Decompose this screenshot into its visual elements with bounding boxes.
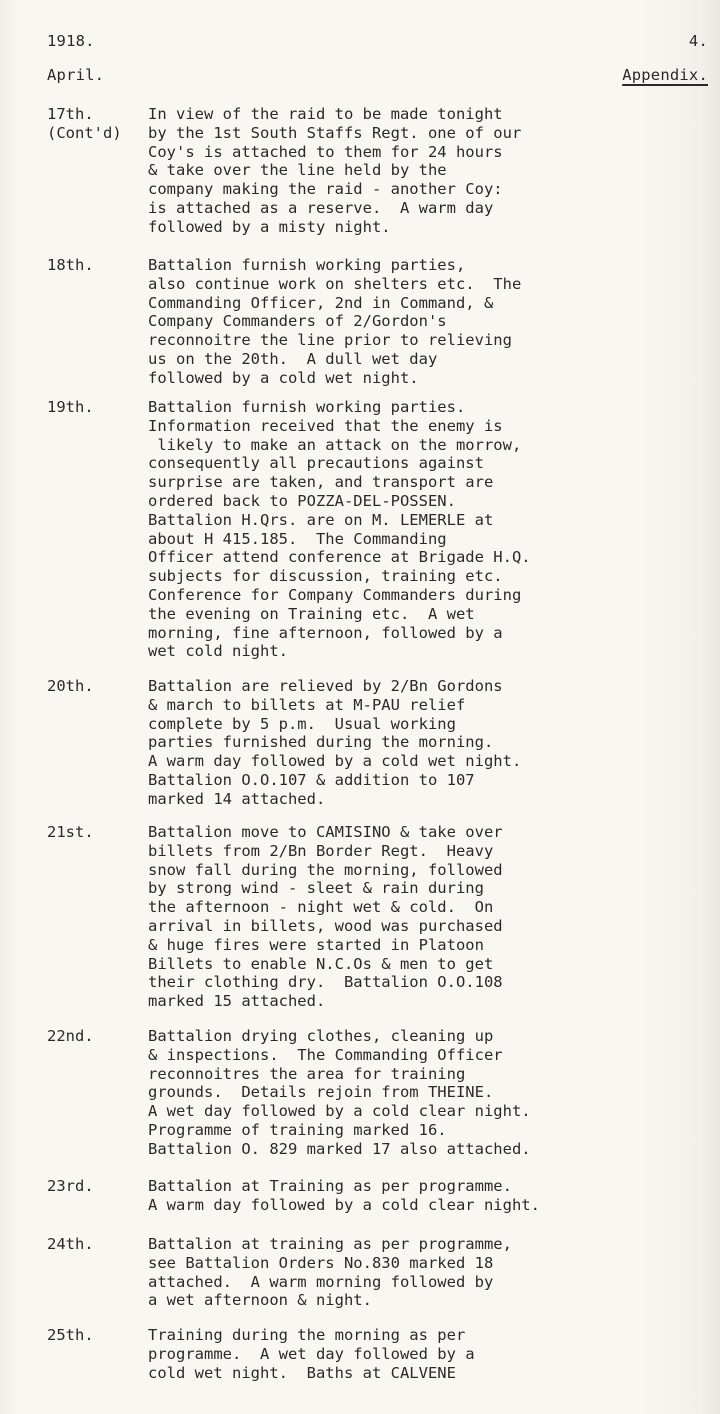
text-line: & march to billets at M-PAU relief — [148, 696, 521, 715]
text-line: Information received that the enemy is — [148, 417, 531, 436]
entry-text: Battalion move to CAMISINO & take over b… — [148, 823, 503, 1011]
text-line: Battalion at training as per programme, — [148, 1235, 512, 1254]
entry-date: 19th. — [47, 398, 94, 417]
text-line: Battalion are relieved by 2/Bn Gordons — [148, 677, 521, 696]
appendix-label: Appendix. — [622, 66, 708, 84]
text-line: In view of the raid to be made tonight — [148, 105, 521, 124]
text-line: the afternoon - night wet & cold. On — [148, 898, 503, 917]
text-line: Coy's is attached to them for 24 hours — [148, 143, 521, 162]
entry-date: 20th. — [47, 677, 94, 696]
text-line: A warm day followed by a cold clear nigh… — [148, 1196, 540, 1215]
text-line: reconnoitres the area for training — [148, 1065, 531, 1084]
text-line: A wet day followed by a cold clear night… — [148, 1102, 531, 1121]
text-line: morning, fine afternoon, followed by a — [148, 624, 531, 643]
text-line: likely to make an attack on the morrow, — [148, 436, 531, 455]
text-line: ordered back to POZZA-DEL-POSSEN. — [148, 492, 531, 511]
text-line: Billets to enable N.C.Os & men to get — [148, 955, 503, 974]
entry-text: Battalion drying clothes, cleaning up & … — [148, 1027, 531, 1159]
text-line: consequently all precautions against — [148, 454, 531, 473]
text-line: Battalion furnish working parties. — [148, 398, 531, 417]
text-line: by strong wind - sleet & rain during — [148, 879, 503, 898]
text-line: Company Commanders of 2/Gordon's — [148, 312, 521, 331]
text-line: their clothing dry. Battalion O.O.108 — [148, 973, 503, 992]
text-line: grounds. Details rejoin from THEINE. — [148, 1083, 531, 1102]
text-line: Battalion furnish working parties, — [148, 256, 521, 275]
text-line: programme. A wet day followed by a — [148, 1345, 475, 1364]
text-line: Battalion O.O.107 & addition to 107 — [148, 771, 521, 790]
text-line: Training during the morning as per — [148, 1326, 475, 1345]
page-number: 4. — [689, 32, 708, 50]
diary-page: 1918. 4. April. Appendix. 17th. (Cont'd)… — [0, 0, 720, 1414]
text-line: Programme of training marked 16. — [148, 1121, 531, 1140]
entry-text: Battalion furnish working parties. Infor… — [148, 398, 531, 661]
text-line: marked 15 attached. — [148, 992, 503, 1011]
entry-text: Battalion at Training as per programme. … — [148, 1177, 540, 1215]
entry-text: Battalion are relieved by 2/Bn Gordons &… — [148, 677, 521, 809]
text-line: & take over the line held by the — [148, 161, 521, 180]
text-line: Battalion at Training as per programme. — [148, 1177, 540, 1196]
text-line: a wet afternoon & night. — [148, 1291, 512, 1310]
text-line: us on the 20th. A dull wet day — [148, 350, 521, 369]
text-line: followed by a cold wet night. — [148, 369, 521, 388]
text-line: the evening on Training etc. A wet — [148, 605, 531, 624]
entry-date: 22nd. — [47, 1027, 94, 1046]
text-line: marked 14 attached. — [148, 790, 521, 809]
header-year-row: 1918. 4. — [47, 32, 708, 50]
text-line: also continue work on shelters etc. The — [148, 275, 521, 294]
text-line: & huge fires were started in Platoon — [148, 936, 503, 955]
entry-date: 24th. — [47, 1235, 94, 1254]
text-line: is attached as a reserve. A warm day — [148, 199, 521, 218]
text-line: & inspections. The Commanding Officer — [148, 1046, 531, 1065]
text-line: snow fall during the morning, followed — [148, 861, 503, 880]
entry-text: Battalion at training as per programme, … — [148, 1235, 512, 1310]
text-line: parties furnished during the morning. — [148, 733, 521, 752]
text-line: see Battalion Orders No.830 marked 18 — [148, 1254, 512, 1273]
text-line: Battalion O. 829 marked 17 also attached… — [148, 1140, 531, 1159]
text-line: company making the raid - another Coy: — [148, 180, 521, 199]
text-line: wet cold night. — [148, 642, 531, 661]
month: April. — [47, 66, 104, 84]
entry-text: In view of the raid to be made tonight b… — [148, 105, 521, 237]
text-line: cold wet night. Baths at CALVENE — [148, 1364, 475, 1383]
text-line: Battalion H.Qrs. are on M. LEMERLE at — [148, 511, 531, 530]
entry-date: 23rd. — [47, 1177, 94, 1196]
text-line: about H 415.185. The Commanding — [148, 530, 531, 549]
entry-date: 18th. — [47, 256, 94, 275]
text-line: subjects for discussion, training etc. — [148, 567, 531, 586]
text-line: Conference for Company Commanders during — [148, 586, 531, 605]
entry-text: Training during the morning as per progr… — [148, 1326, 475, 1382]
year: 1918. — [47, 32, 95, 50]
text-line: reconnoitre the line prior to relieving — [148, 331, 521, 350]
text-line: billets from 2/Bn Border Regt. Heavy — [148, 842, 503, 861]
text-line: Commanding Officer, 2nd in Command, & — [148, 294, 521, 313]
text-line: by the 1st South Staffs Regt. one of our — [148, 124, 521, 143]
entry-date: 17th. (Cont'd) — [47, 105, 122, 143]
text-line: Battalion drying clothes, cleaning up — [148, 1027, 531, 1046]
text-line: Officer attend conference at Brigade H.Q… — [148, 548, 531, 567]
text-line: A warm day followed by a cold wet night. — [148, 752, 521, 771]
header-month-row: April. Appendix. — [47, 66, 708, 84]
entry-text: Battalion furnish working parties, also … — [148, 256, 521, 388]
text-line: arrival in billets, wood was purchased — [148, 917, 503, 936]
entry-date: 25th. — [47, 1326, 94, 1345]
text-line: surprise are taken, and transport are — [148, 473, 531, 492]
text-line: attached. A warm morning followed by — [148, 1273, 512, 1292]
entry-date: 21st. — [47, 823, 94, 842]
text-line: complete by 5 p.m. Usual working — [148, 715, 521, 734]
text-line: followed by a misty night. — [148, 218, 521, 237]
text-line: Battalion move to CAMISINO & take over — [148, 823, 503, 842]
